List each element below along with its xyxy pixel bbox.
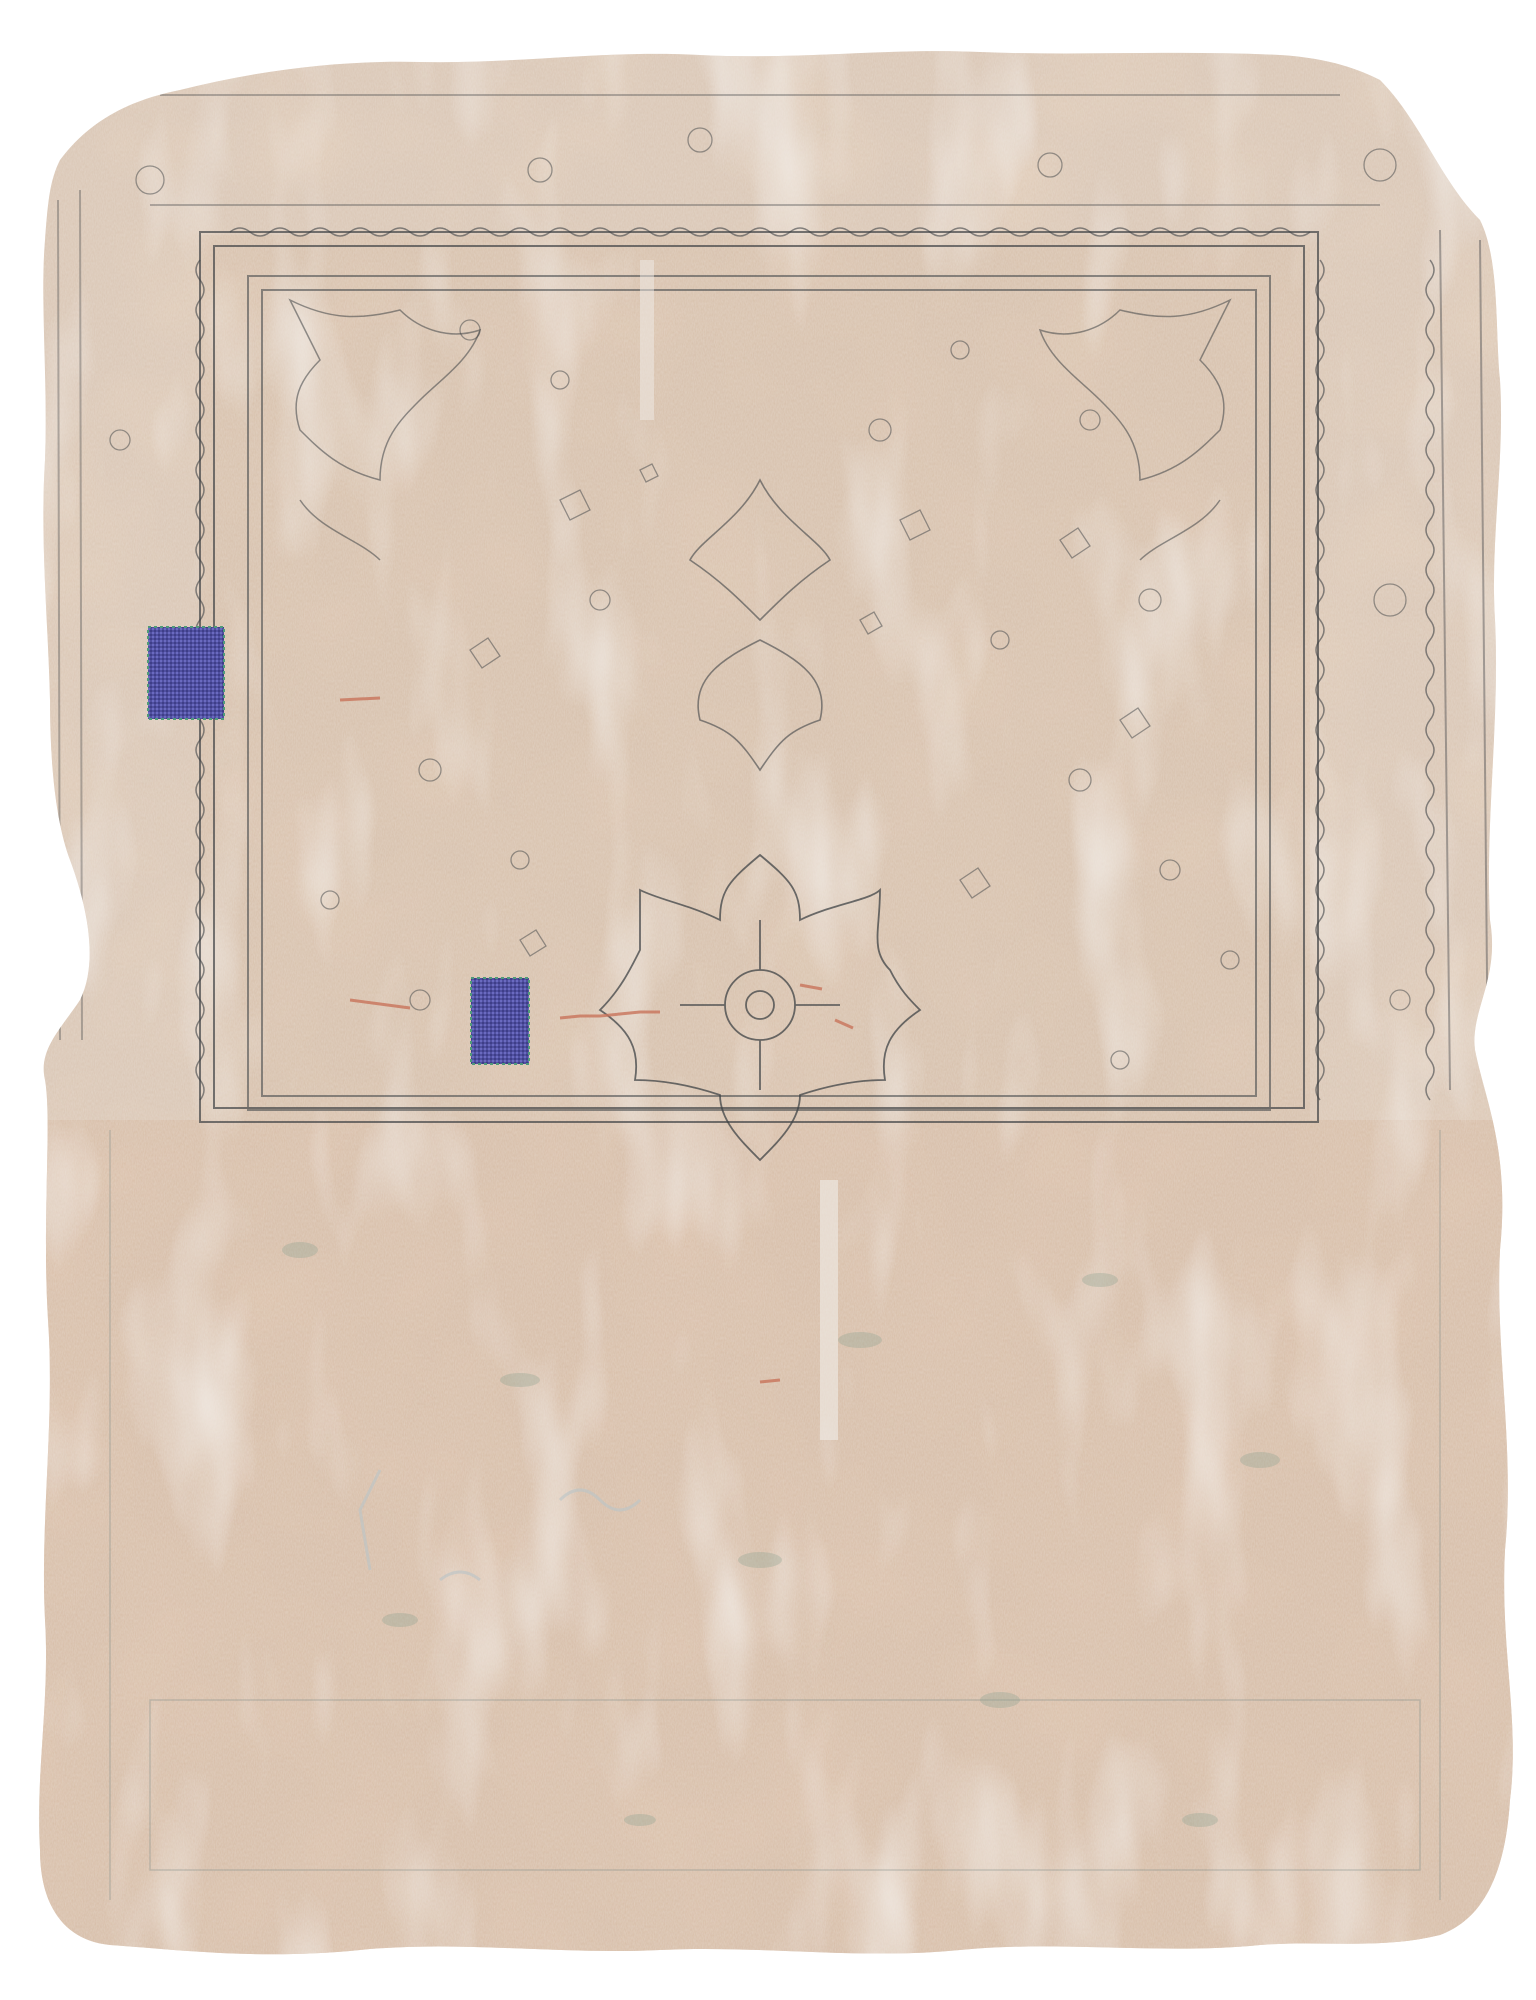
rug-body — [0, 0, 1536, 2000]
rug-photo — [0, 0, 1536, 2000]
blue-patch-center-left — [471, 978, 529, 1064]
blue-patch-upper-left — [148, 627, 224, 719]
